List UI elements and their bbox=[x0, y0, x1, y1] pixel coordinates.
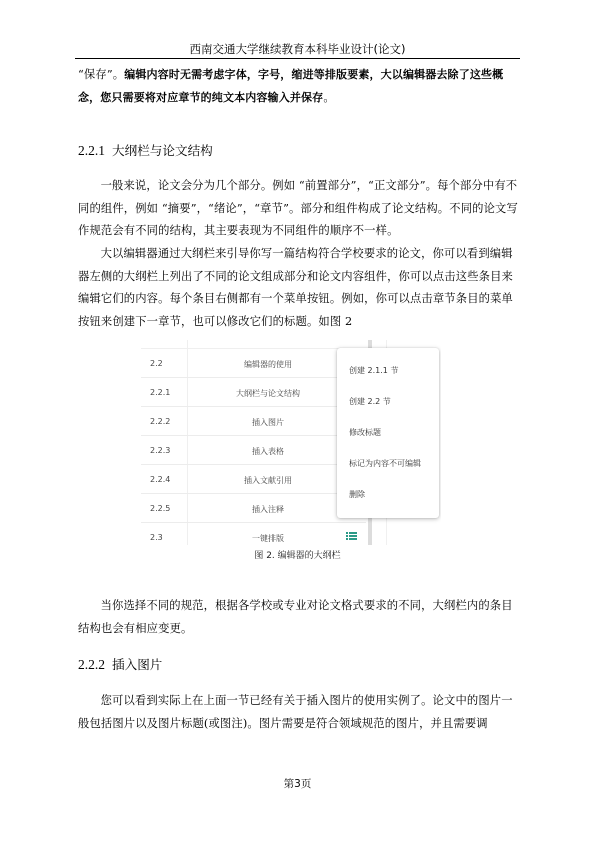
outline-item-title: 编辑器的使用 bbox=[188, 359, 348, 370]
intro-paragraph: “保存”。编辑内容时无需考虑字体，字号，缩进等排版要素，大以编辑器去除了这些概念… bbox=[78, 64, 522, 109]
outline-top-edge bbox=[141, 340, 366, 349]
menu-item-rename[interactable]: 修改标题 bbox=[349, 427, 381, 438]
menu-item-create-subsection[interactable]: 创建 2.1.1 节 bbox=[349, 365, 398, 376]
section-heading-2-2-2: 2.2.2插入图片 bbox=[78, 657, 162, 674]
outline-figure: 2.2 编辑器的使用 2.2.1 大纲栏与论文结构 2.2.2 插入图片 2.2… bbox=[141, 340, 441, 545]
context-menu: 创建 2.1.1 节 创建 2.2 节 修改标题 标记为内容不可编辑 删除 bbox=[337, 348, 439, 518]
outline-item-number: 2.2.3 bbox=[150, 446, 170, 455]
outline-item-title: 一键排版 bbox=[188, 533, 348, 544]
outline-item[interactable]: 2.2.4 插入文献引用 bbox=[141, 465, 366, 494]
section-title: 大纲栏与论文结构 bbox=[112, 143, 213, 158]
outline-item-title: 插入注释 bbox=[188, 504, 348, 515]
outline-item[interactable]: 2.2.3 插入表格 bbox=[141, 436, 366, 465]
menu-item-delete[interactable]: 删除 bbox=[349, 489, 365, 500]
outline-item[interactable]: 2.3 一键排版 bbox=[141, 523, 366, 545]
outline-item-number: 2.2 bbox=[150, 359, 163, 368]
figure-caption: 图 2. 编辑器的大纲栏 bbox=[0, 548, 595, 561]
running-header: 西南交通大学继续教育本科毕业设计(论文) bbox=[75, 42, 520, 56]
body-paragraph: 大以编辑器通过大纲栏来引导你写一篇结构符合学校要求的论文，你可以看到编辑器左侧的… bbox=[78, 243, 522, 333]
header-rule bbox=[75, 58, 520, 59]
outline-item-title: 插入图片 bbox=[188, 417, 348, 428]
outline-item-number: 2.2.1 bbox=[150, 388, 170, 397]
menu-item-create-section[interactable]: 创建 2.2 节 bbox=[349, 396, 391, 407]
menu-item-lock[interactable]: 标记为内容不可编辑 bbox=[349, 458, 421, 469]
page-number: 第3页 bbox=[0, 776, 595, 791]
outline-item-title: 插入文献引用 bbox=[188, 475, 348, 486]
section-number: 2.2.1 bbox=[78, 143, 105, 158]
outline-item-title: 插入表格 bbox=[188, 446, 348, 457]
intro-lead: “保存”。 bbox=[78, 68, 124, 81]
intro-bold-text: 编辑内容时无需考虑字体，字号，缩进等排版要素，大以编辑器去除了这些概念，您只需要… bbox=[78, 68, 503, 104]
section-title: 插入图片 bbox=[112, 657, 162, 672]
outline-item-number: 2.2.5 bbox=[150, 504, 170, 513]
intro-tail: 。 bbox=[323, 91, 334, 104]
outline-item-number: 2.3 bbox=[150, 533, 163, 542]
outline-item-title: 大纲栏与论文结构 bbox=[188, 388, 348, 399]
body-paragraph: 当你选择不同的规范，根据各学校或专业对论文格式要求的不同，大纲栏内的条目结构也会… bbox=[78, 595, 522, 640]
outline-item[interactable]: 2.2 编辑器的使用 bbox=[141, 349, 366, 378]
body-paragraph: 一般来说，论文会分为几个部分。例如 “前置部分”，“正文部分”。每个部分中有不同… bbox=[78, 175, 522, 243]
list-menu-icon[interactable] bbox=[346, 532, 357, 540]
section-number: 2.2.2 bbox=[78, 657, 105, 672]
section-heading-2-2-1: 2.2.1大纲栏与论文结构 bbox=[78, 143, 213, 160]
outline-item[interactable]: 2.2.2 插入图片 bbox=[141, 407, 366, 436]
outline-item[interactable]: 2.2.5 插入注释 bbox=[141, 494, 366, 523]
outline-item-number: 2.2.4 bbox=[150, 475, 170, 484]
outline-item-number: 2.2.2 bbox=[150, 417, 170, 426]
outline-item[interactable]: 2.2.1 大纲栏与论文结构 bbox=[141, 378, 366, 407]
body-paragraph: 您可以看到实际上在上面一节已经有关于插入图片的使用实例了。论文中的图片一般包括图… bbox=[78, 690, 522, 735]
